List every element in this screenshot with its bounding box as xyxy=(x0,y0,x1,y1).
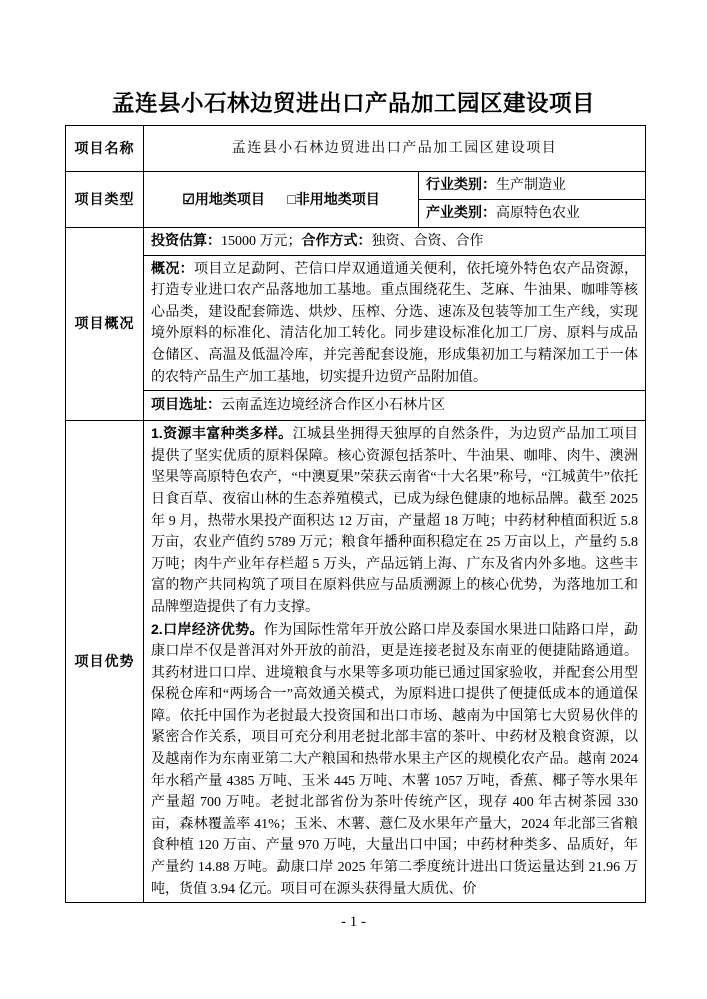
non-land-type-label: 非用地类项目 xyxy=(296,191,380,207)
project-type-options: ☑用地类项目□非用地类项目 xyxy=(144,172,419,228)
industry-category-cell: 行业类别：生产制造业 xyxy=(419,172,646,200)
sector-category-cell: 产业类别：高原特色农业 xyxy=(419,199,646,227)
investment-label: 投资估算： xyxy=(151,232,221,248)
page-title: 孟连县小石林边贸进出口产品加工园区建设项目 xyxy=(0,86,707,118)
location-cell: 项目选址：云南孟连边境经济合作区小石林片区 xyxy=(144,391,646,421)
summary-label: 概况： xyxy=(151,260,194,276)
location-value: 云南孟连边境经济合作区小石林片区 xyxy=(221,398,445,413)
checkbox-unchecked-icon: □ xyxy=(287,191,295,207)
advantage-1-label: 1.资源丰富种类多样。 xyxy=(151,425,293,441)
summary-text: 项目立足勐阿、芒信口岸双通道通关便利，依托境外特色农产品资源，打造专业进口农产品… xyxy=(151,262,638,385)
investment-value: 15000 万元； xyxy=(221,234,302,249)
sector-category-value: 高原特色农业 xyxy=(496,206,580,221)
project-info-table: 项目名称 孟连县小石林边贸进出口产品加工园区建设项目 项目类型 ☑用地类项目□非… xyxy=(65,125,646,903)
row-project-name: 项目名称 孟连县小石林边贸进出口产品加工园区建设项目 xyxy=(66,126,646,172)
advantages-cell: 1.资源丰富种类多样。江城县坐拥得天独厚的自然条件，为边贸产品加工项目提供了坚实… xyxy=(144,421,646,903)
row-advantages: 项目优势 1.资源丰富种类多样。江城县坐拥得天独厚的自然条件，为边贸产品加工项目… xyxy=(66,421,646,903)
land-type-option[interactable]: ☑用地类项目 xyxy=(182,191,265,207)
row-investment: 项目概况 投资估算：15000 万元；合作方式：独资、合资、合作 xyxy=(66,227,646,255)
non-land-type-option[interactable]: □非用地类项目 xyxy=(287,191,379,207)
sector-category-label: 产业类别： xyxy=(426,204,496,220)
value-project-name: 孟连县小石林边贸进出口产品加工园区建设项目 xyxy=(144,126,646,172)
advantage-1-text: 江城县坐拥得天独厚的自然条件，为边贸产品加工项目提供了坚实优质的原料保障。核心资… xyxy=(151,427,638,615)
industry-category-value: 生产制造业 xyxy=(496,178,566,193)
label-project-overview: 项目概况 xyxy=(66,227,144,421)
investment-cell: 投资估算：15000 万元；合作方式：独资、合资、合作 xyxy=(144,227,646,255)
land-type-label: 用地类项目 xyxy=(195,191,265,207)
row-location: 项目选址：云南孟连边境经济合作区小石林片区 xyxy=(66,391,646,421)
label-project-type: 项目类型 xyxy=(66,172,144,228)
document-page: { "doc": { "title": "孟连县小石林边贸进出口产品加工园区建设… xyxy=(0,0,707,999)
row-overview-summary: 概况：项目立足勐阿、芒信口岸双通道通关便利，依托境外特色农产品资源，打造专业进口… xyxy=(66,255,646,391)
advantage-2-label: 2.口岸经济优势。 xyxy=(151,621,264,637)
page-number: - 1 - xyxy=(0,914,707,931)
label-project-name: 项目名称 xyxy=(66,126,144,172)
cooperation-value: 独资、合资、合作 xyxy=(372,234,484,249)
checkbox-checked-icon: ☑ xyxy=(182,191,195,207)
label-project-advantages: 项目优势 xyxy=(66,421,144,903)
industry-category-label: 行业类别： xyxy=(426,176,496,192)
location-label: 项目选址： xyxy=(151,396,221,412)
advantage-2-text: 作为国际性常年开放公路口岸及泰国水果进口陆路口岸，勐康口岸不仅是普洱对外开放的前… xyxy=(151,623,638,897)
overview-summary-cell: 概况：项目立足勐阿、芒信口岸双通道通关便利，依托境外特色农产品资源，打造专业进口… xyxy=(144,255,646,391)
row-project-type: 项目类型 ☑用地类项目□非用地类项目 行业类别：生产制造业 xyxy=(66,172,646,200)
cooperation-label: 合作方式： xyxy=(302,232,372,248)
